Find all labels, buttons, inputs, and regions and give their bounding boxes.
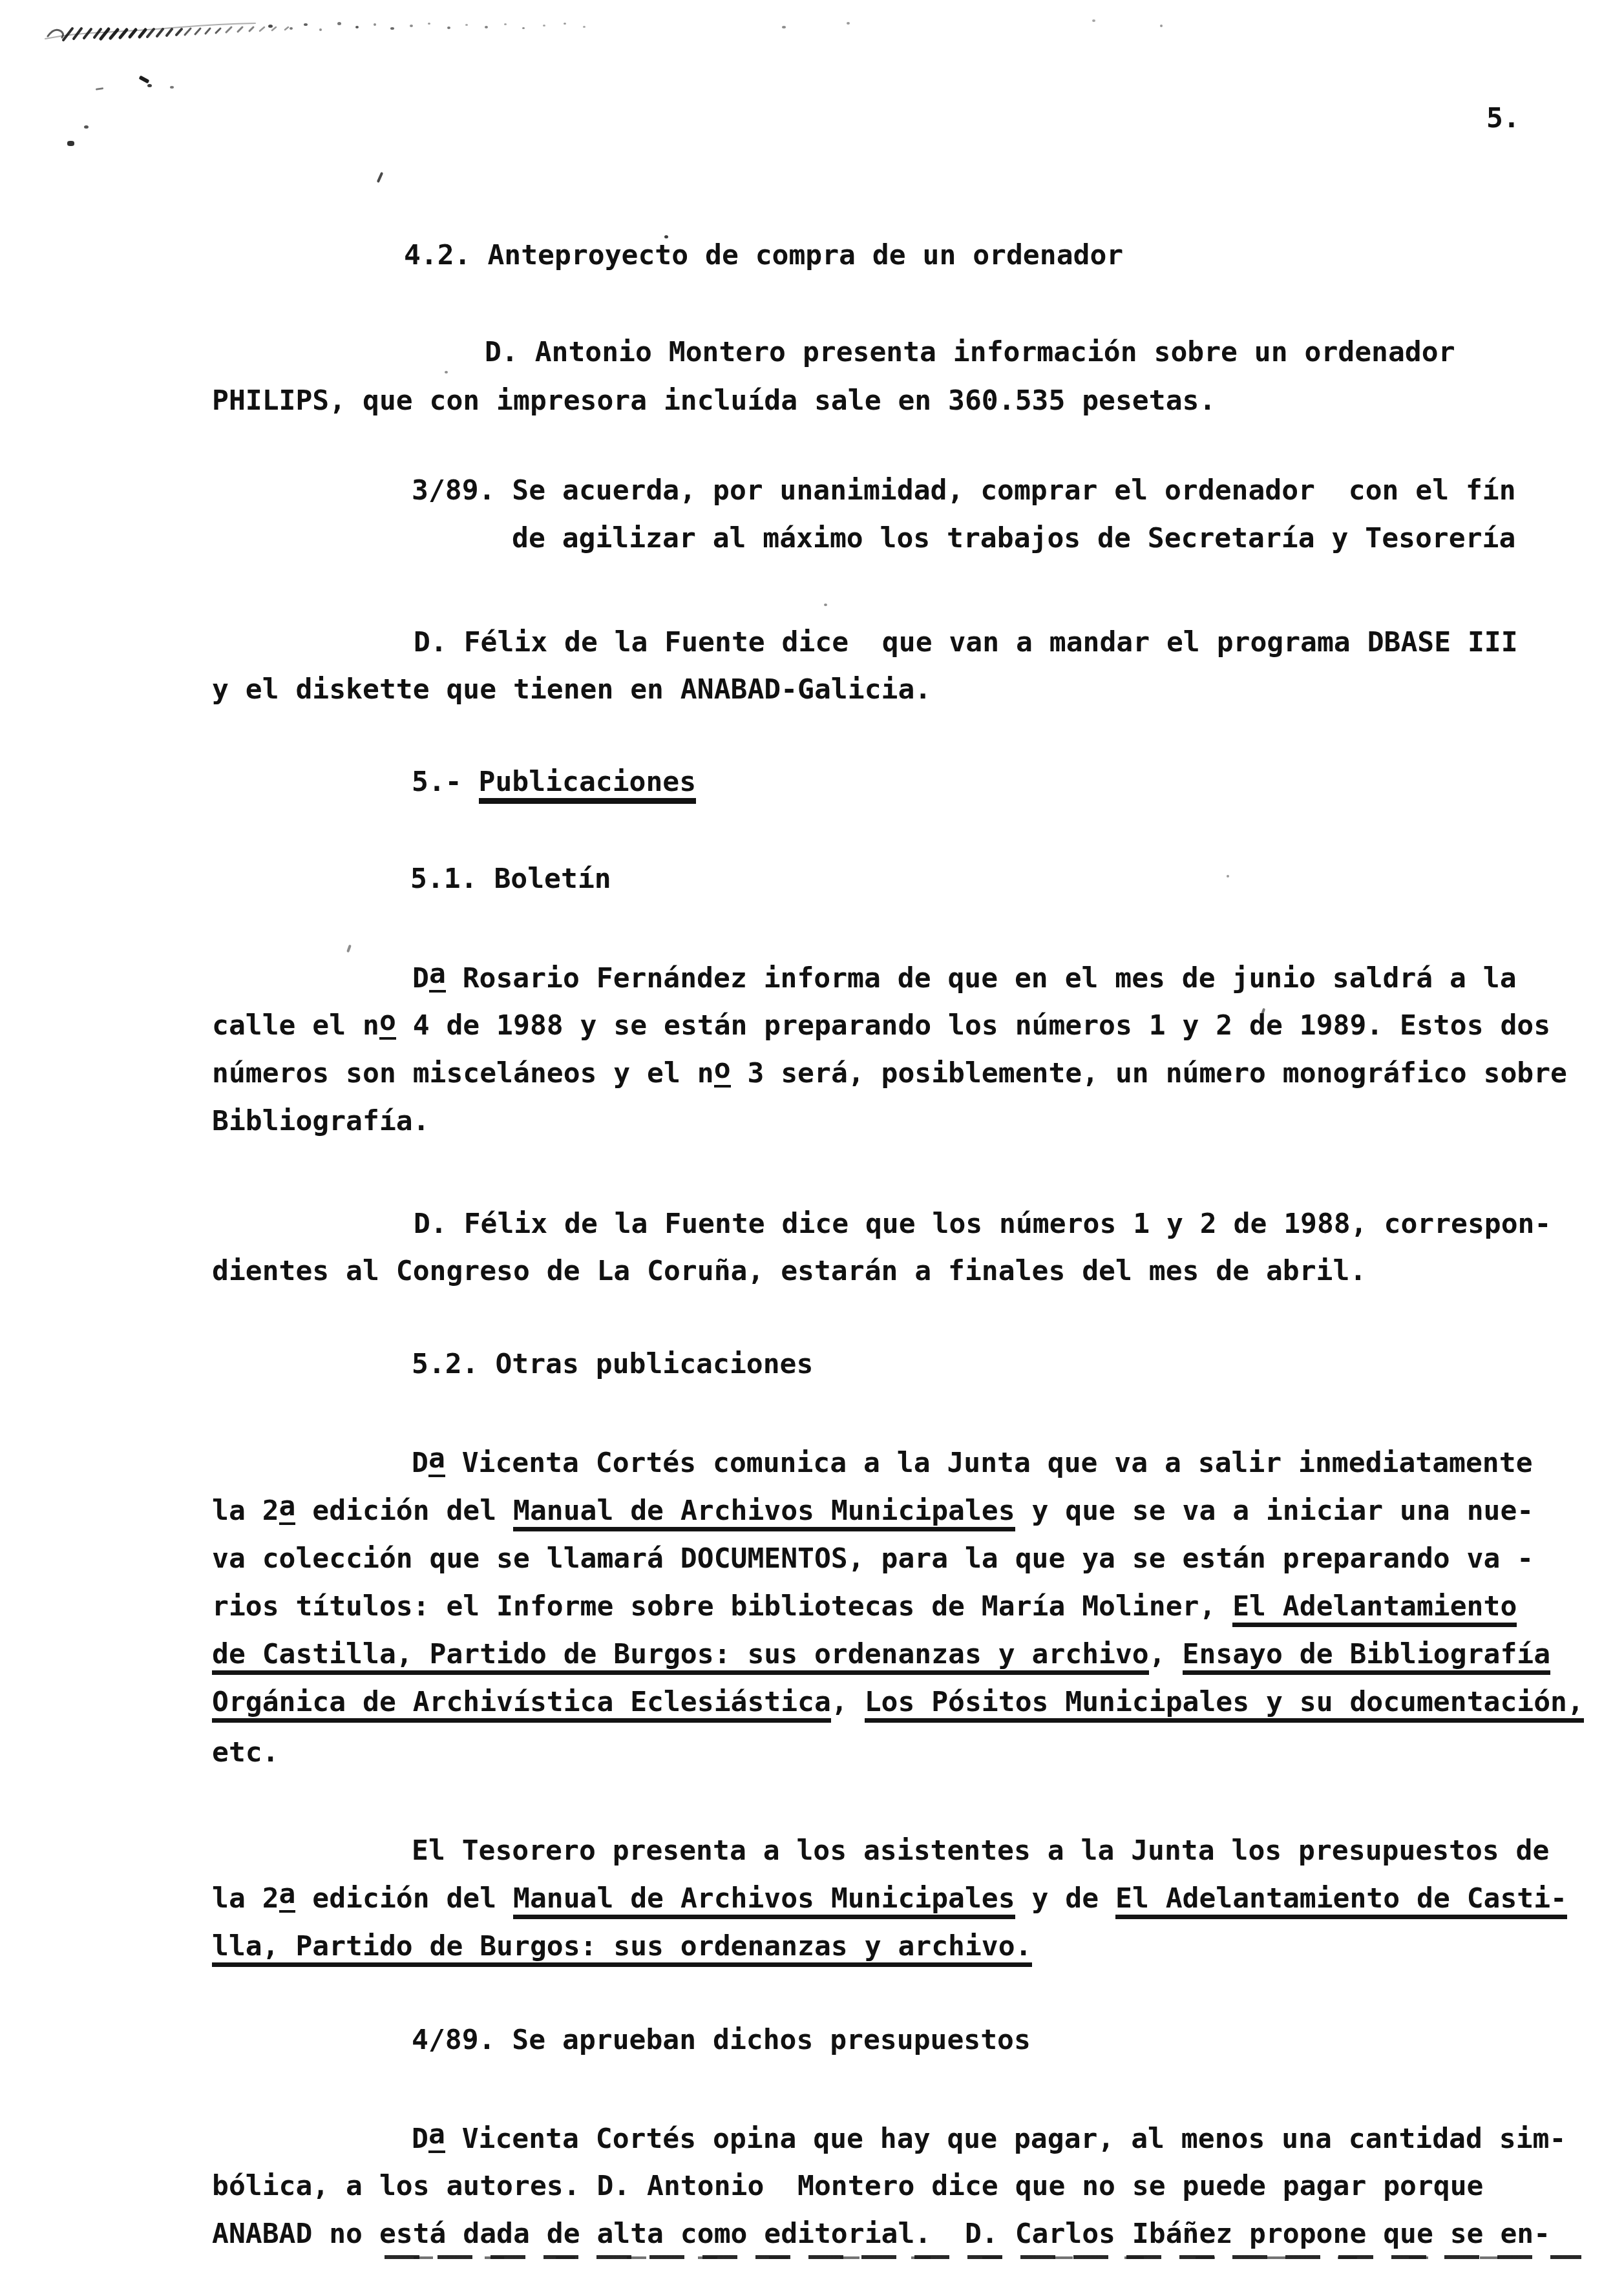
para-rosario-line2: calle el no 4 de 1988 y se están prepara… — [212, 1009, 1550, 1042]
text-run: 4 de 1988 y se están preparando los núme… — [396, 1009, 1550, 1042]
ordinal-indicator: a — [279, 1878, 296, 1913]
para-vicenta-comunica-line7: etc. — [212, 1736, 279, 1769]
text-run: Bibliografía. — [212, 1105, 430, 1137]
text-run: y de — [1015, 1882, 1115, 1915]
acuerdo-3-89-line2: de agilizar al máximo los trabajos de Se… — [512, 522, 1515, 554]
scan-speck — [290, 27, 293, 30]
text-run: la 2 — [212, 1495, 279, 1527]
text-run: 5.2. Otras publicaciones — [412, 1348, 813, 1380]
underlined-text: Orgánica de Archivística Eclesiástica — [212, 1686, 831, 1723]
scan-speck — [355, 26, 359, 28]
scan-speck — [319, 28, 322, 31]
para-rosario-line4: Bibliografía. — [212, 1105, 430, 1137]
ordinal-indicator: a — [279, 1490, 296, 1525]
text-run: calle el n — [212, 1009, 379, 1042]
text-run: D — [412, 962, 429, 994]
pen-tick — [377, 172, 384, 183]
scan-speck — [564, 23, 566, 25]
text-run: etc. — [212, 1736, 279, 1769]
underlined-text: Los Pósitos Municipales y su documentaci… — [865, 1686, 1584, 1723]
ordinal-indicator: o — [379, 1005, 396, 1040]
acuerdo-4-89: 4/89. Se aprueban dichos presupuestos — [412, 2024, 1031, 2056]
text-run: D. Antonio Montero presenta información … — [485, 336, 1455, 368]
text-run: D. Félix de la Fuente dice que van a man… — [414, 626, 1518, 658]
scan-speck — [782, 26, 786, 28]
para-vicenta-comunica-line3: va colección que se llamará DOCUMENTOS, … — [212, 1542, 1534, 1575]
text-run: edición del — [295, 1495, 513, 1527]
text-run: El Tesorero presenta a los asistentes a … — [412, 1834, 1549, 1867]
text-run: ANABAD no está dada de alta como editori… — [212, 2218, 1550, 2250]
scan-speck — [824, 604, 827, 606]
text-run: va colección que se llamará DOCUMENTOS, … — [212, 1542, 1534, 1575]
cutoff-underline-overlay — [414, 2256, 1512, 2259]
scan-speck — [337, 22, 341, 25]
acuerdo-3-89-line1: 3/89. Se acuerda, por unanimidad, compra… — [412, 474, 1516, 507]
para-felix-fuente-line2: y el diskette que tienen en ANABAD-Galic… — [212, 673, 931, 706]
heading-4-2: 4.2. Anteproyecto de compra de un ordena… — [404, 239, 1123, 271]
para-antonio-montero-line1: D. Antonio Montero presenta información … — [485, 336, 1455, 368]
scanned-document-page: 5. 4.2. Anteproyecto de compra de un ord… — [0, 0, 1624, 2281]
underlined-text: Ensayo de Bibliografía — [1183, 1638, 1551, 1675]
para-tesorero-line1: El Tesorero presenta a los asistentes a … — [412, 1834, 1549, 1867]
heading-5-1: 5.1. Boletín — [410, 863, 611, 895]
text-run: y el diskette que tienen en ANABAD-Galic… — [212, 673, 931, 706]
text-run: D. Félix de la Fuente dice que los númer… — [414, 1208, 1551, 1240]
text-run: PHILIPS, que con impresora incluída sale… — [212, 384, 1216, 417]
para-antonio-montero-line2: PHILIPS, que con impresora incluída sale… — [212, 384, 1216, 417]
ordinal-indicator: a — [429, 958, 446, 993]
scan-speck — [583, 26, 585, 28]
pen-tick — [170, 86, 174, 89]
para-rosario-line1: Da Rosario Fernández informa de que en e… — [412, 962, 1517, 994]
pen-tick — [147, 84, 152, 87]
underlined-text: Publicaciones — [479, 766, 697, 804]
ink-smudge — [39, 6, 401, 52]
text-run: D — [412, 2123, 428, 2155]
underlined-text: El Adelantamiento — [1232, 1590, 1517, 1627]
text-run: Vicenta Cortés comunica a la Junta que v… — [445, 1447, 1533, 1479]
underlined-text: El Adelantamiento de Casti- — [1115, 1882, 1567, 1919]
scan-speck — [304, 23, 308, 26]
text-run: Vicenta Cortés opina que hay que pagar, … — [445, 2123, 1566, 2155]
heading-5: 5.- Publicaciones — [412, 766, 696, 798]
text-run: rios títulos: el Informe sobre bibliotec… — [212, 1590, 1232, 1623]
ordinal-indicator: a — [428, 1442, 445, 1477]
scan-speck — [522, 27, 525, 29]
text-run: 3 será, posiblemente, un número monográf… — [731, 1057, 1567, 1089]
scan-speck — [410, 25, 413, 27]
text-run: 3/89. Se acuerda, por unanimidad, compra… — [412, 474, 1516, 507]
scan-speck — [504, 23, 507, 25]
para-vicenta-comunica-line1: Da Vicenta Cortés comunica a la Junta qu… — [412, 1447, 1533, 1479]
scan-speck — [664, 235, 668, 238]
page-number: 5. — [1486, 102, 1520, 134]
para-vicenta-opina-line1: Da Vicenta Cortés opina que hay que paga… — [412, 2123, 1566, 2155]
ordinal-indicator: o — [714, 1053, 731, 1088]
text-run: edición del — [295, 1882, 513, 1915]
scan-speck — [847, 22, 850, 25]
text-run: , — [1149, 1638, 1183, 1670]
ordinal-indicator: a — [428, 2118, 445, 2153]
pen-tick — [84, 125, 89, 129]
scan-speck — [1160, 25, 1163, 27]
para-felix-fuente-line1: D. Félix de la Fuente dice que van a man… — [414, 626, 1518, 658]
pen-tick — [67, 141, 74, 146]
scan-speck — [485, 26, 488, 28]
underlined-text: lla, Partido de Burgos: sus ordenanzas y… — [212, 1930, 1032, 1967]
text-run: bólica, a los autores. D. Antonio Monter… — [212, 2170, 1484, 2202]
para-vicenta-comunica-line6: Orgánica de Archivística Eclesiástica, L… — [212, 1686, 1584, 1718]
text-run: 4.2. Anteproyecto de compra de un ordena… — [404, 239, 1123, 271]
text-run: 5.1. Boletín — [410, 863, 611, 895]
pen-tick — [96, 87, 103, 90]
text-run: números son misceláneos y el n — [212, 1057, 714, 1089]
pen-tick — [139, 76, 150, 84]
scan-speck — [374, 23, 376, 26]
para-tesorero-line3: lla, Partido de Burgos: sus ordenanzas y… — [212, 1930, 1032, 1962]
text-run: Rosario Fernández informa de que en el m… — [446, 962, 1517, 994]
scan-speck — [1227, 875, 1229, 878]
scan-speck — [445, 371, 448, 373]
para-tesorero-line2: la 2a edición del Manual de Archivos Mun… — [212, 1882, 1567, 1915]
underlined-text: Manual de Archivos Municipales — [513, 1882, 1015, 1919]
text-run: , — [831, 1686, 865, 1718]
para-felix-numeros-line2: dientes al Congreso de La Coruña, estará… — [212, 1255, 1366, 1287]
scan-speck — [346, 945, 352, 953]
text-run: de agilizar al máximo los trabajos de Se… — [512, 522, 1515, 554]
heading-5-2: 5.2. Otras publicaciones — [412, 1348, 813, 1380]
scan-speck — [1092, 19, 1095, 22]
text-run: D — [412, 1447, 428, 1479]
text-run: dientes al Congreso de La Coruña, estará… — [212, 1255, 1366, 1287]
text-run: la 2 — [212, 1882, 279, 1915]
text-run: 4/89. Se aprueban dichos presupuestos — [412, 2024, 1031, 2056]
scan-speck — [390, 27, 394, 30]
para-vicenta-comunica-line5: de Castilla, Partido de Burgos: sus orde… — [212, 1638, 1550, 1670]
para-vicenta-comunica-line2: la 2a edición del Manual de Archivos Mun… — [212, 1495, 1534, 1527]
scan-speck — [447, 26, 450, 29]
para-vicenta-opina-line2: bólica, a los autores. D. Antonio Monter… — [212, 2170, 1484, 2202]
para-felix-numeros-line1: D. Félix de la Fuente dice que los númer… — [414, 1208, 1551, 1240]
scan-speck — [428, 23, 430, 25]
para-vicenta-opina-line3: ANABAD no está dada de alta como editori… — [212, 2218, 1550, 2250]
para-vicenta-comunica-line4: rios títulos: el Informe sobre bibliotec… — [212, 1590, 1517, 1623]
scan-speck — [543, 25, 545, 26]
text-run: y que se va a iniciar una nue- — [1015, 1495, 1534, 1527]
underlined-text: Manual de Archivos Municipales — [513, 1495, 1015, 1531]
scan-speck — [268, 25, 273, 28]
para-rosario-line3: números son misceláneos y el no 3 será, … — [212, 1057, 1567, 1089]
text-run: 5.- — [412, 766, 479, 798]
underlined-text: de Castilla, Partido de Burgos: sus orde… — [212, 1638, 1149, 1675]
scan-speck — [465, 24, 468, 26]
